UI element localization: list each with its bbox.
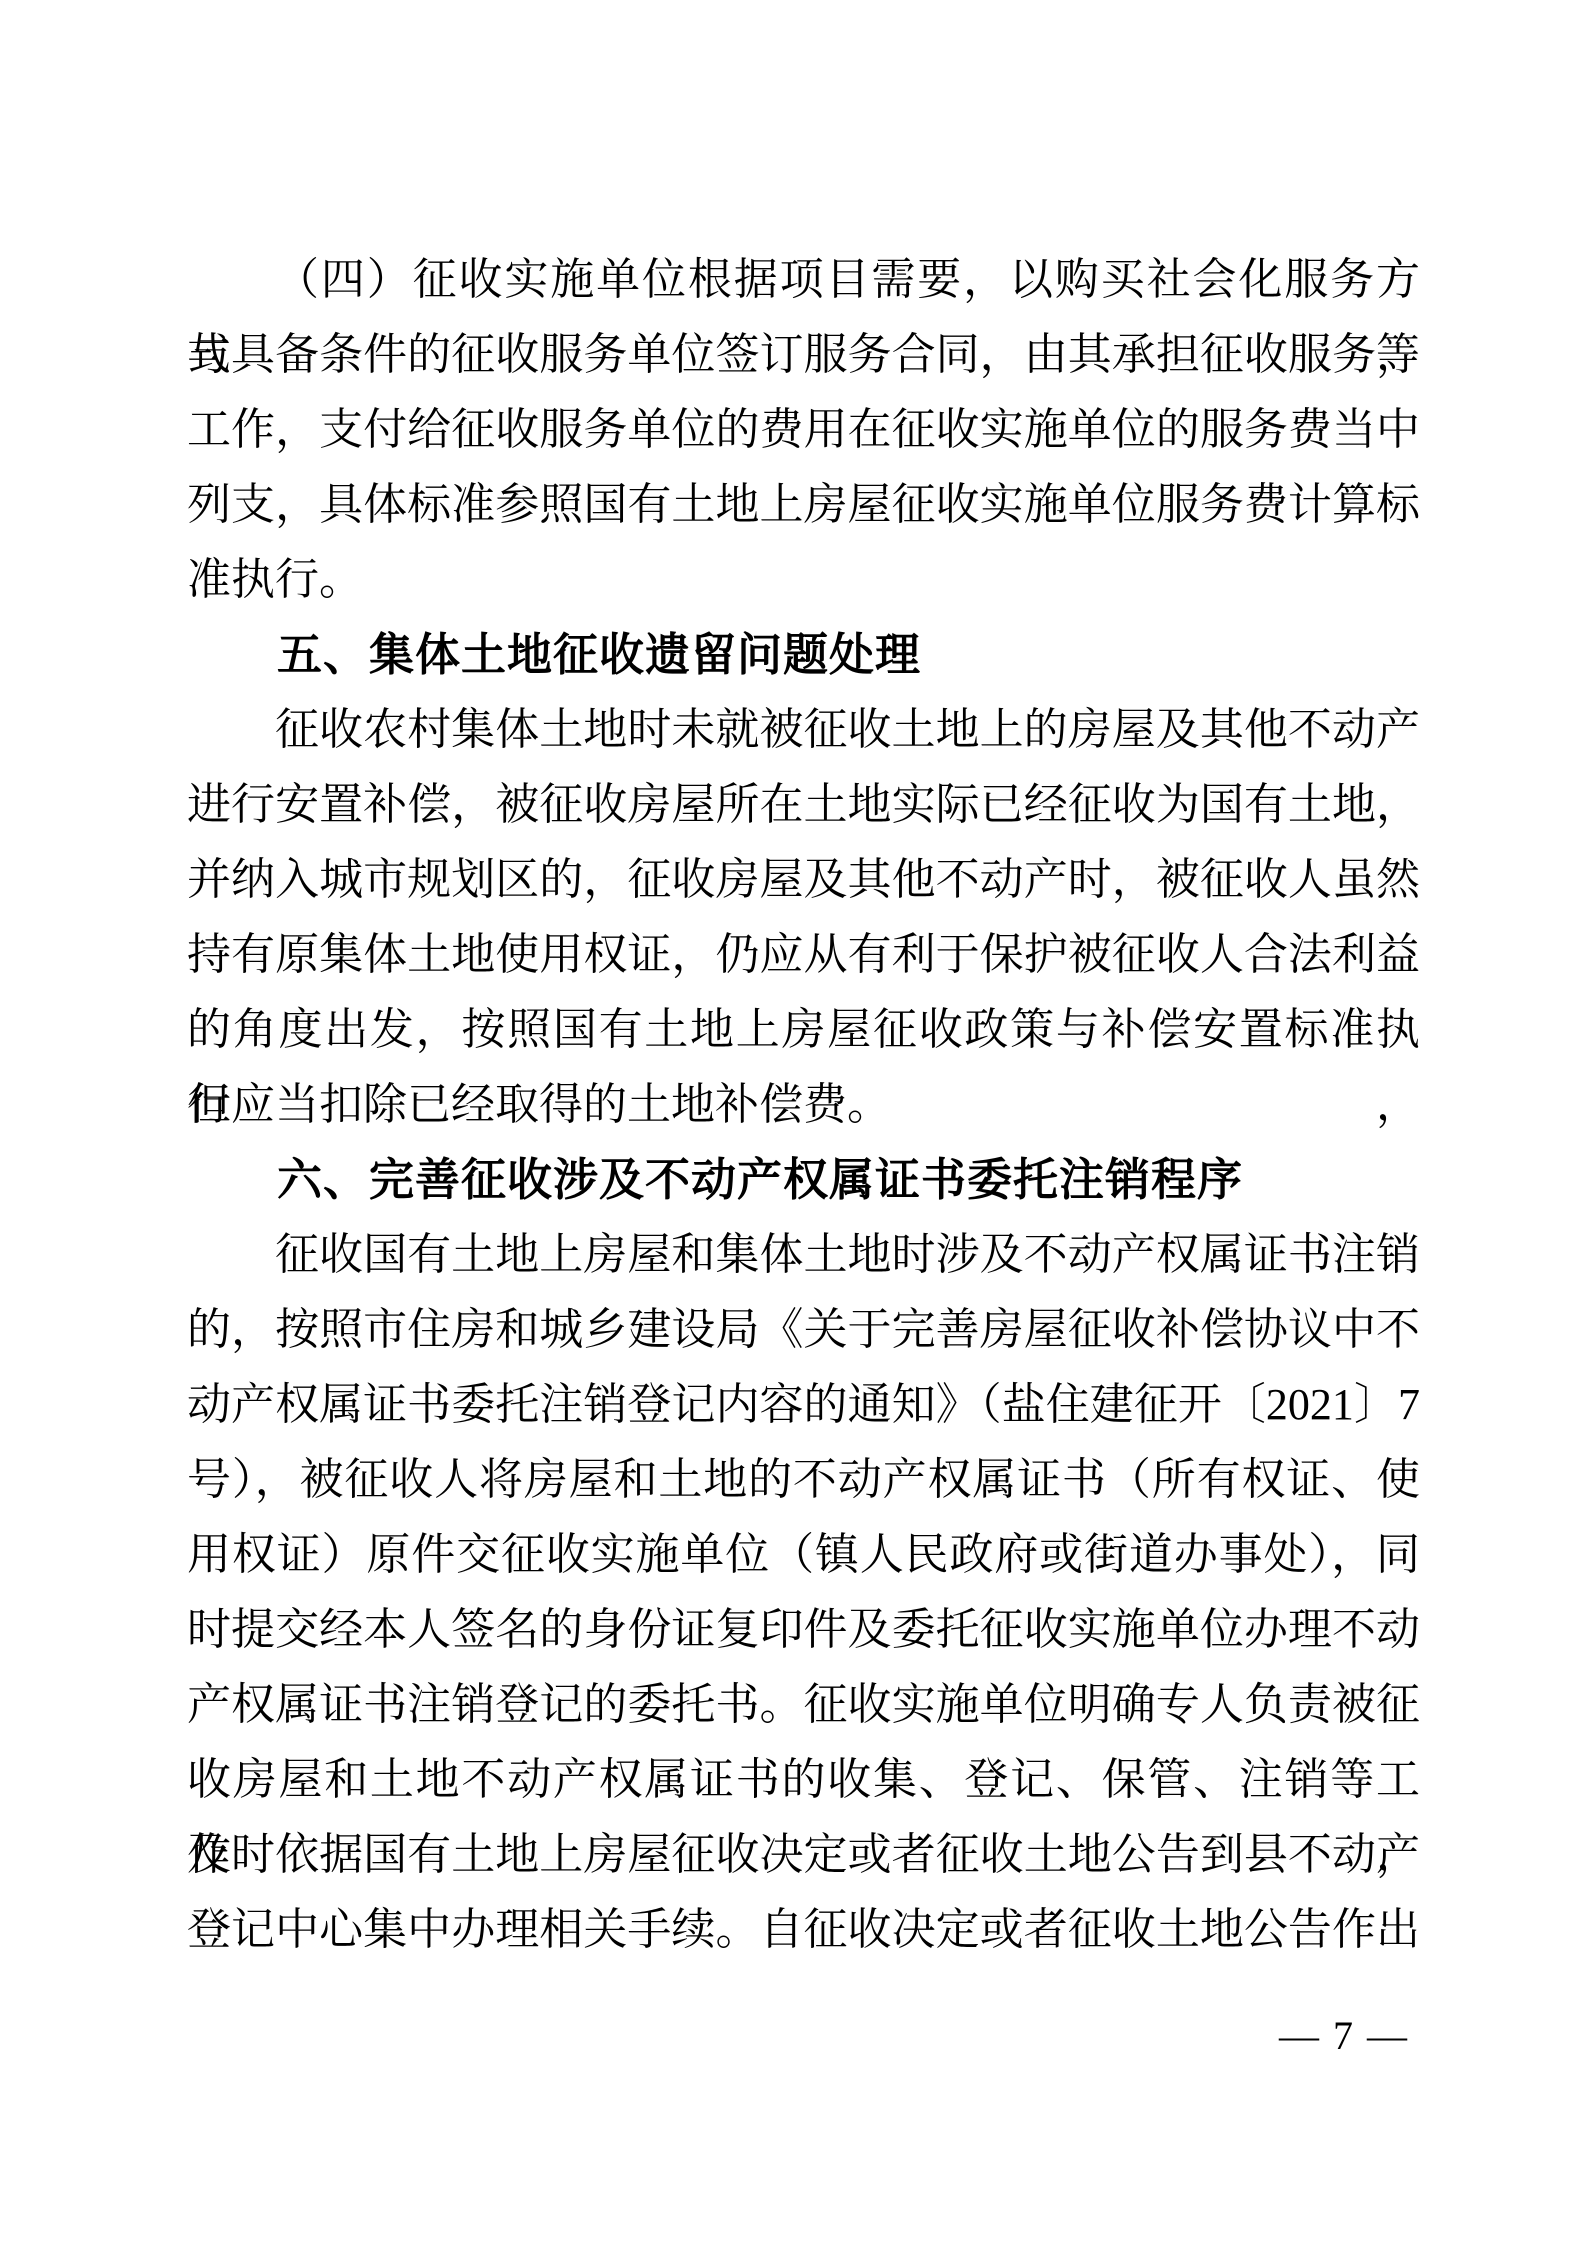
document-page: （四）征收实施单位根据项目需要，以购买社会化服务方式， 与具备条件的征收服务单位… — [0, 0, 1587, 2245]
paragraph-line: 收房屋和土地不动产权属证书的收集、登记、保管、注销等工作， — [187, 1742, 1420, 1817]
paragraph-line: 进行安置补偿，被征收房屋所在土地实际已经征收为国有土地， — [187, 767, 1420, 842]
paragraph-line: 登记中心集中办理相关手续。自征收决定或者征收土地公告作出 — [187, 1892, 1420, 1967]
document-body: （四）征收实施单位根据项目需要，以购买社会化服务方式， 与具备条件的征收服务单位… — [187, 242, 1420, 1967]
paragraph-line: 产权属证书注销登记的委托书。征收实施单位明确专人负责被征 — [187, 1667, 1420, 1742]
paragraph-line: （四）征收实施单位根据项目需要，以购买社会化服务方式， — [187, 242, 1420, 317]
section-heading-6: 六、完善征收涉及不动产权属证书委托注销程序 — [187, 1142, 1420, 1217]
paragraph-line: 及时依据国有土地上房屋征收决定或者征收土地公告到县不动产 — [187, 1817, 1420, 1892]
paragraph-line: 用权证）原件交征收实施单位（镇人民政府或街道办事处），同 — [187, 1517, 1420, 1592]
paragraph-line: 征收国有土地上房屋和集体土地时涉及不动产权属证书注销 — [187, 1217, 1420, 1292]
paragraph-line: 持有原集体土地使用权证，仍应从有利于保护被征收人合法利益 — [187, 917, 1420, 992]
paragraph-line: 征收农村集体土地时未就被征收土地上的房屋及其他不动产 — [187, 692, 1420, 767]
section-heading-5: 五、集体土地征收遗留问题处理 — [187, 617, 1420, 692]
page-number: — 7 — — [1279, 2012, 1409, 2059]
paragraph-line: 工作，支付给征收服务单位的费用在征收实施单位的服务费当中 — [187, 392, 1420, 467]
paragraph-line: 与具备条件的征收服务单位签订服务合同，由其承担征收服务等 — [187, 317, 1420, 392]
paragraph-line: 准执行。 — [187, 542, 1420, 617]
paragraph-line: 动产权属证书委托注销登记内容的通知》（盐住建征开〔2021〕7 — [187, 1367, 1420, 1442]
paragraph-line: 号），被征收人将房屋和土地的不动产权属证书（所有权证、使 — [187, 1442, 1420, 1517]
paragraph-line: 的，按照市住房和城乡建设局《关于完善房屋征收补偿协议中不 — [187, 1292, 1420, 1367]
paragraph-line: 并纳入城市规划区的，征收房屋及其他不动产时，被征收人虽然 — [187, 842, 1420, 917]
paragraph-line: 列支，具体标准参照国有土地上房屋征收实施单位服务费计算标 — [187, 467, 1420, 542]
paragraph-line: 的角度出发，按照国有土地上房屋征收政策与补偿安置标准执行， — [187, 992, 1420, 1067]
paragraph-line: 时提交经本人签名的身份证复印件及委托征收实施单位办理不动 — [187, 1592, 1420, 1667]
